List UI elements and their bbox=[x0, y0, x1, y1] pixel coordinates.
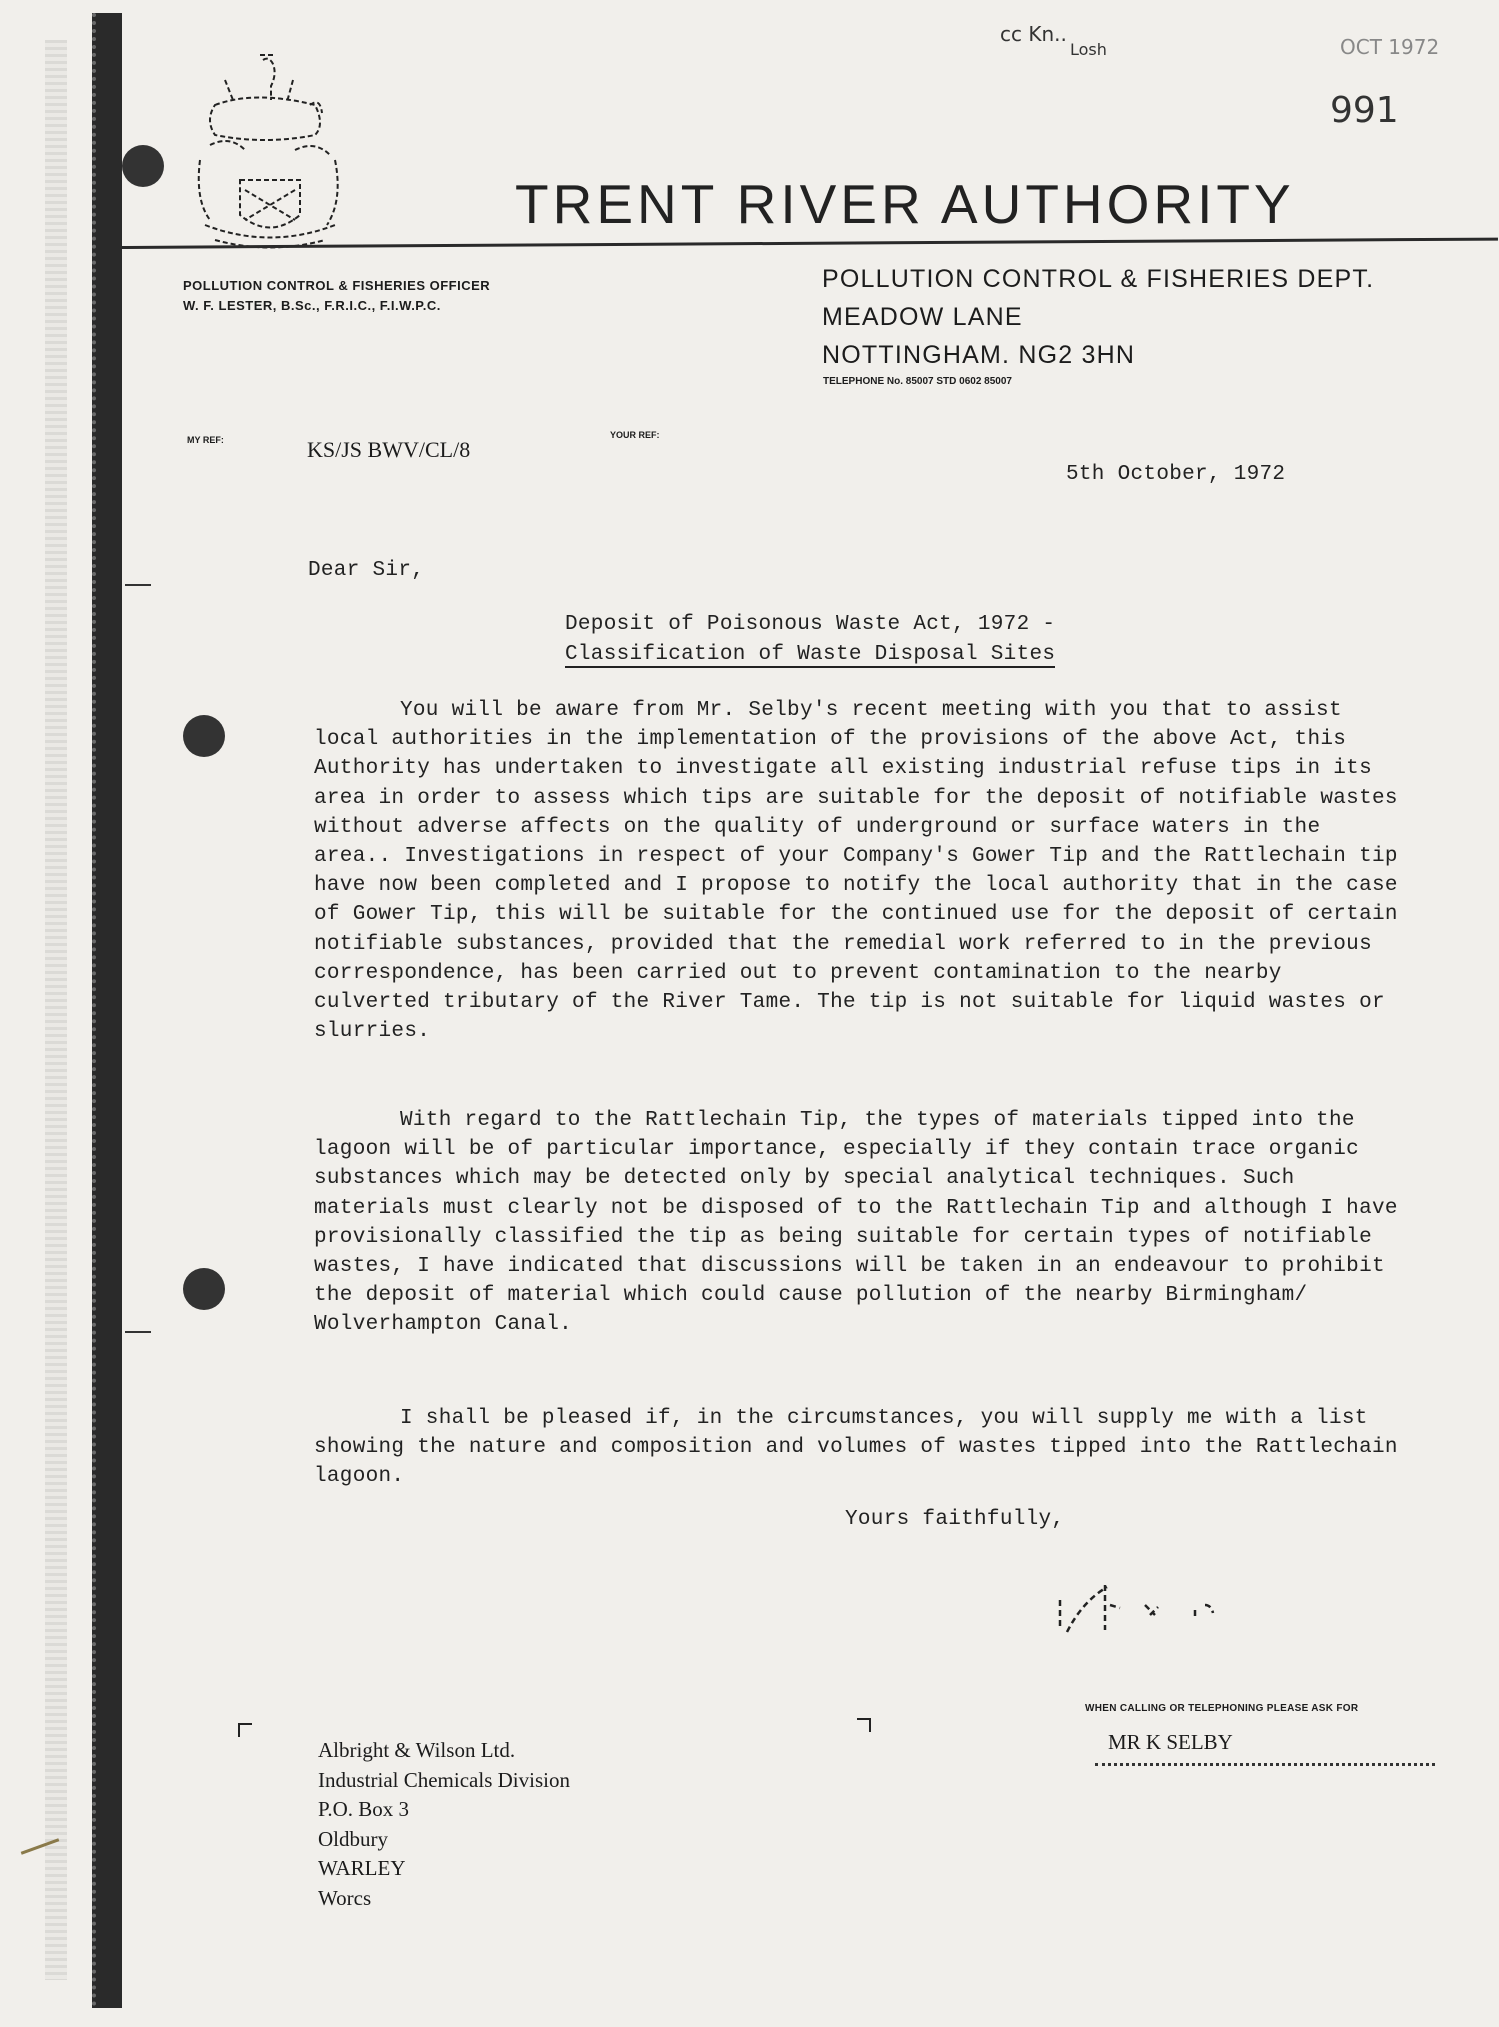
contact-label: WHEN CALLING OR TELEPHONING PLEASE ASK F… bbox=[1085, 1703, 1358, 1714]
address-line: P.O. Box 3 bbox=[318, 1795, 570, 1825]
subject-line-2: Classification of Waste Disposal Sites bbox=[565, 643, 1055, 668]
my-ref-value: KS/JS BWV/CL/8 bbox=[307, 437, 470, 463]
photocopy-binding-edge bbox=[92, 13, 122, 2008]
telephone-number: TELEPHONE No. 85007 STD 0602 85007 bbox=[823, 376, 1012, 387]
officer-block: POLLUTION CONTROL & FISHERIES OFFICER W.… bbox=[183, 276, 490, 316]
fold-mark bbox=[125, 1331, 151, 1333]
recipient-address: Albright & Wilson Ltd. Industrial Chemic… bbox=[318, 1736, 570, 1913]
paragraph-text: You will be aware from Mr. Selby's recen… bbox=[314, 696, 1404, 1046]
address-window-corner bbox=[238, 1723, 252, 1737]
contact-name: MR K SELBY bbox=[1108, 1730, 1233, 1755]
address-line: Oldbury bbox=[318, 1825, 570, 1855]
department-city: NOTTINGHAM. NG2 3HN bbox=[822, 336, 1374, 374]
punch-hole-icon bbox=[183, 1268, 225, 1310]
paragraph-text: With regard to the Rattlechain Tip, the … bbox=[314, 1106, 1404, 1340]
address-line: Industrial Chemicals Division bbox=[318, 1766, 570, 1796]
handwritten-note: cc Kn.. bbox=[1000, 22, 1067, 46]
coat-of-arms-icon bbox=[185, 50, 355, 255]
organisation-title: TRENT RIVER AUTHORITY bbox=[515, 172, 1295, 236]
received-stamp: OCT 1972 bbox=[1340, 35, 1439, 59]
officer-name: W. F. LESTER, B.Sc., F.R.I.C., F.I.W.P.C… bbox=[183, 296, 490, 316]
salutation: Dear Sir, bbox=[308, 556, 424, 585]
page-number: 991 bbox=[1330, 90, 1399, 131]
letter-date: 5th October, 1972 bbox=[1066, 460, 1285, 489]
closing: Yours faithfully, bbox=[845, 1505, 1064, 1534]
department-street: MEADOW LANE bbox=[822, 298, 1374, 336]
address-line: Worcs bbox=[318, 1884, 570, 1914]
address-line: Albright & Wilson Ltd. bbox=[318, 1736, 570, 1766]
officer-title: POLLUTION CONTROL & FISHERIES OFFICER bbox=[183, 276, 490, 296]
paragraph-text: I shall be pleased if, in the circumstan… bbox=[314, 1404, 1404, 1492]
my-ref-label: MY REF: bbox=[187, 435, 224, 445]
punch-hole-icon bbox=[183, 715, 225, 757]
address-window-corner bbox=[857, 1718, 871, 1732]
handwritten-note: Losh bbox=[1070, 40, 1107, 59]
punch-hole-icon bbox=[122, 145, 164, 187]
address-line: WARLEY bbox=[318, 1854, 570, 1884]
subject-line-1: Deposit of Poisonous Waste Act, 1972 - bbox=[565, 610, 1055, 640]
body-paragraph: I shall be pleased if, in the circumstan… bbox=[314, 1404, 1404, 1492]
body-paragraph: You will be aware from Mr. Selby's recen… bbox=[314, 696, 1404, 1046]
department-name: POLLUTION CONTROL & FISHERIES DEPT. bbox=[822, 260, 1374, 298]
photocopy-edge-shadow bbox=[45, 40, 67, 1980]
signature-icon bbox=[1055, 1570, 1255, 1640]
body-paragraph: With regard to the Rattlechain Tip, the … bbox=[314, 1106, 1404, 1340]
your-ref-label: YOUR REF: bbox=[610, 430, 660, 440]
fold-mark bbox=[125, 584, 151, 586]
contact-dotted-line bbox=[1095, 1763, 1435, 1766]
subject-heading: Deposit of Poisonous Waste Act, 1972 - C… bbox=[565, 610, 1055, 670]
department-address: POLLUTION CONTROL & FISHERIES DEPT. MEAD… bbox=[822, 260, 1374, 374]
